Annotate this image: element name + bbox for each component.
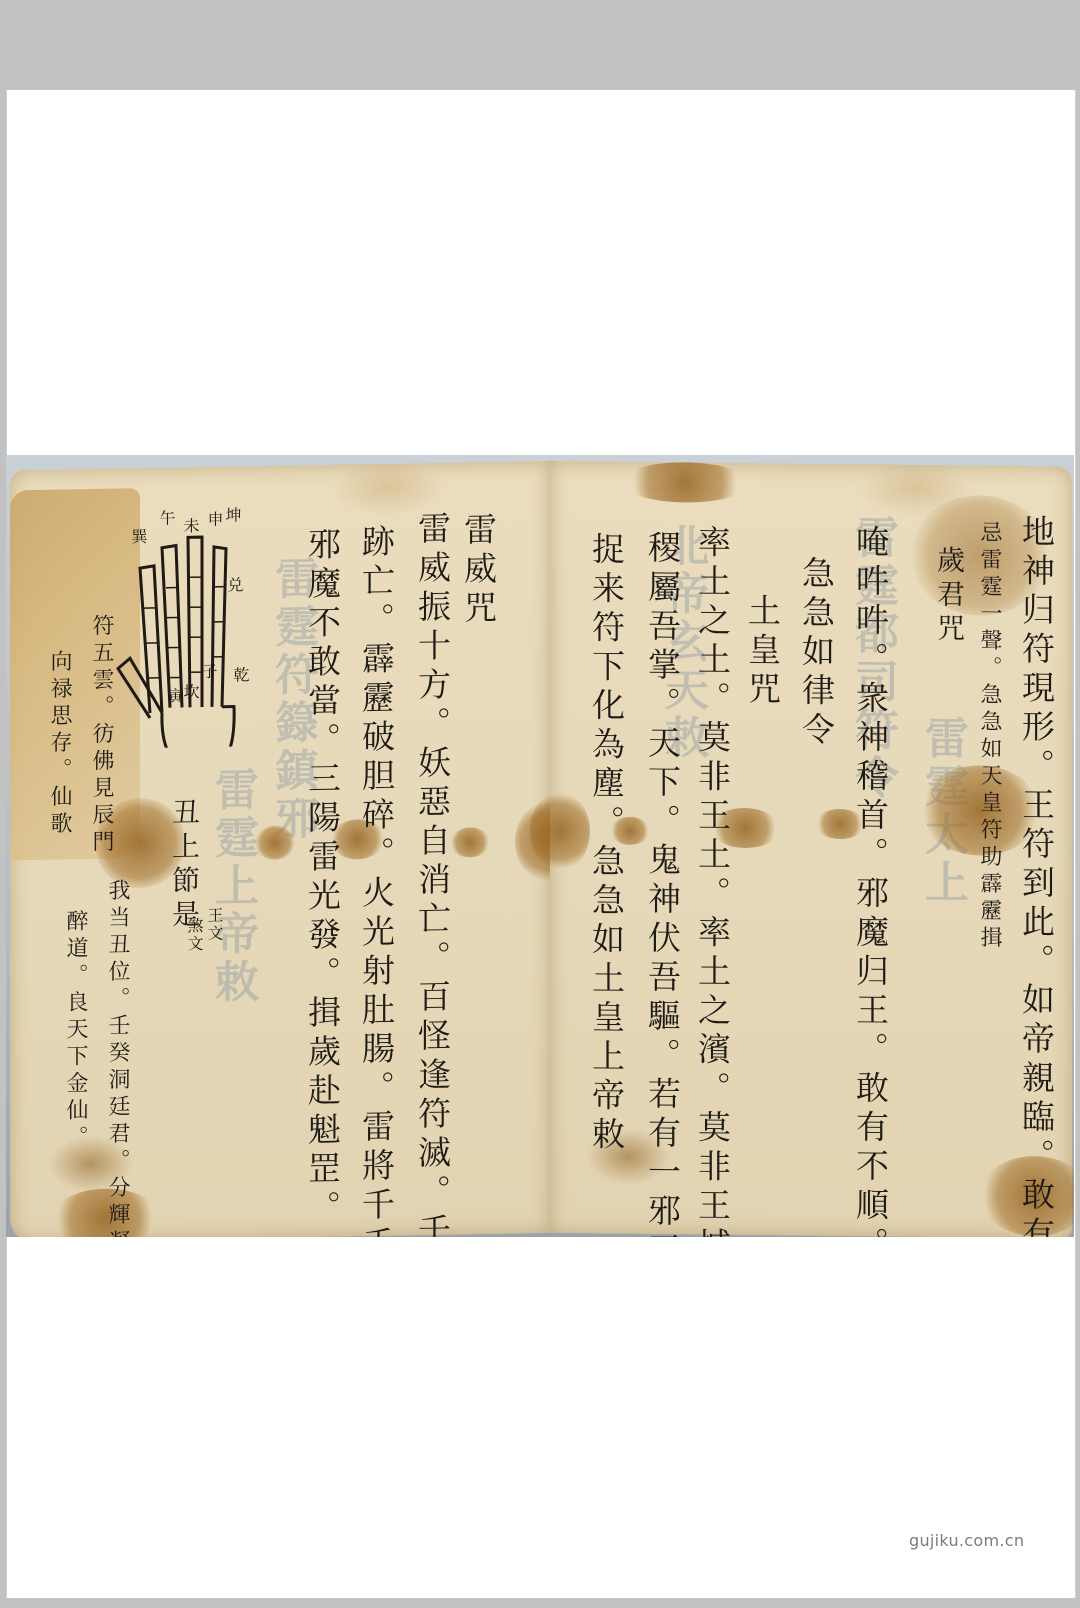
water-stain [620, 462, 750, 503]
annotation: 王文 [206, 907, 222, 943]
diagram-label: 兑 [226, 576, 242, 594]
text-column: 雷威振十方。妖惡自消亡。百怪逢符滅。千邪見 [416, 511, 449, 1237]
text-column: 率土之土。莫非王土。率土之濱。莫非王城。山河社 [696, 525, 729, 1237]
diagram-label: 坎 [182, 683, 198, 701]
manuscript-photo: 雷霆符籙鎮邪 雷霆上帝敕 [6, 455, 1074, 1237]
text-column: 稷屬吾掌。天下。鬼神伏吾驅。若有一邪干犯者。 [646, 530, 679, 1237]
text-column: 捉来符下化為塵。急急如土皇上帝敕 [590, 531, 623, 1155]
diagram-label: 坤 [224, 506, 240, 524]
right-page: 雷霆都司符令 北帝玄天敕 雷霆太上 地神归符現形。王符到此。如帝親臨。敢有不順 … [550, 461, 1072, 1237]
spell-title: 歲君咒 [935, 545, 963, 647]
water-stain [255, 825, 295, 860]
bleed-through-text: 雷霆上帝敕 [200, 766, 264, 1007]
spell-title: 雷威咒 [462, 512, 495, 630]
open-book: 雷霆符籙鎮邪 雷霆上帝敕 [10, 461, 1072, 1233]
diagram-label: 申 [206, 511, 222, 529]
margin-column: 我当丑位。壬癸洞廷君。分輝凝 [106, 878, 128, 1237]
diagram-label: 寅 [166, 687, 182, 705]
spell-title: 土皇咒 [746, 593, 779, 710]
site-watermark: gujiku.com.cn [909, 1531, 1024, 1550]
water-stain [450, 827, 490, 858]
margin-column: 符五雲。彷佛見辰門 [90, 614, 112, 857]
margin-column: 醉道。良天下金仙。 [64, 909, 86, 1152]
diagram-label: 巽 [130, 528, 146, 546]
text-column: 丑上節是 [170, 797, 198, 933]
diagram-label: 午 [158, 510, 174, 528]
margin-column: 向禄思存。仙歌 [48, 649, 70, 838]
text-column: 忌雷霆一聲。急急如天皇符助霹靂揖 [978, 520, 1000, 952]
water-stain [530, 791, 590, 872]
diagram-label: 子 [200, 663, 216, 681]
text-column: 邪魔不敢當。三陽雷光發。揖歲赴魁罡。 [306, 527, 339, 1230]
diagram-label: 乾 [232, 666, 248, 684]
text-column: 唵吽吽。衆神稽首。邪魔归王。敢有不順。化作微塵。 [854, 524, 887, 1237]
annotation: 煞文 [186, 917, 202, 953]
text-column: 急急如律令 [800, 556, 833, 751]
text-column: 跡亡。霹靂破胆碎。火光射肚腸。雷將千千萬。 [360, 524, 393, 1237]
diagram-label: 未 [182, 517, 198, 535]
left-page: 雷霆符籙鎮邪 雷霆上帝敕 [10, 461, 550, 1237]
text-column: 地神归符現形。王符到此。如帝親臨。敢有不順 [1020, 514, 1053, 1237]
